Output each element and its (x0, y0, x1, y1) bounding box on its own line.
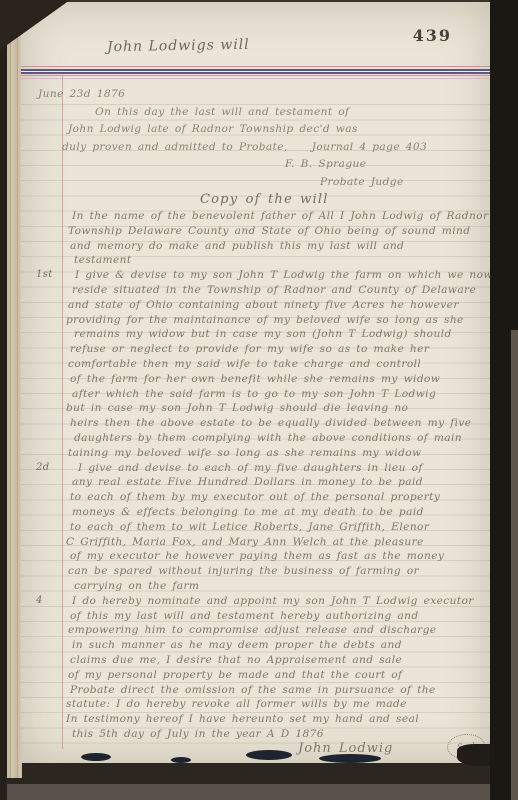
will-text: In the name of the benevolent father of … (30, 209, 485, 756)
will-line-text: I give and devise to each of my five dau… (78, 462, 423, 474)
will-line: after which the said farm is to go to my… (30, 387, 485, 402)
will-line: Probate direct the omission of the same … (30, 683, 485, 698)
page-number: 439 (413, 26, 452, 45)
will-heading: Copy of the will (30, 191, 482, 209)
book-cover-edge (511, 330, 518, 800)
book-left-edge (0, 0, 7, 800)
probate-judge-signature: F. B. Sprague (30, 156, 482, 174)
will-line: of this my last will and testament hereb… (30, 609, 485, 624)
page-header-title: John Lodwigs will (107, 37, 250, 55)
probate-note: June 23d 1876 On this day the last will … (30, 86, 482, 209)
will-line: any real estate Five Hundred Dollars in … (30, 475, 485, 490)
will-line: 2dI give and devise to each of my five d… (30, 461, 485, 476)
will-line: of the farm for her own benefit while sh… (30, 372, 485, 387)
will-line: of my personal property be made and that… (30, 668, 485, 683)
will-line: In testimony hereof I have hereunto set … (30, 712, 485, 727)
will-line: of my executor he however paying them as… (30, 549, 485, 564)
section-marker: 4 (36, 594, 43, 609)
will-line-text: I do hereby nominate and appoint my son … (72, 595, 474, 607)
will-line: Township Delaware County and State of Oh… (30, 224, 485, 239)
book-bottom-edge (0, 760, 518, 784)
will-line: to each of them by my executor out of th… (30, 490, 485, 505)
will-line: C Griffith, Maria Fox, and Mary Ann Welc… (30, 535, 485, 550)
section-marker: 1st (36, 268, 53, 283)
will-line: can be spared without injuring the busin… (30, 564, 485, 579)
will-line: and memory do make and publish this my l… (30, 239, 485, 254)
will-line: providing for the maintainance of my bel… (30, 313, 485, 328)
will-line-text: I give & devise to my son John T Lodwig … (75, 269, 493, 281)
probate-line-text: duly proven and admitted to Probate, (62, 141, 288, 153)
will-line: moneys & effects belonging to me at my d… (30, 505, 485, 520)
will-line: refuse or neglect to provide for my wife… (30, 342, 485, 357)
will-line: reside situated in the Township of Radno… (30, 283, 485, 298)
probate-judge-title: Probate Judge (30, 174, 482, 192)
will-line: In the name of the benevolent father of … (30, 209, 485, 224)
will-line: this 5th day of July in the year A D 187… (30, 727, 485, 742)
probate-line: John Lodwig late of Radnor Township dec'… (30, 121, 482, 139)
will-line: empowering him to compromise adjust rele… (30, 623, 485, 638)
will-line: and state of Ohio containing about ninet… (30, 298, 485, 313)
will-line: remains my widow but in case my son (Joh… (30, 327, 485, 342)
ledger-page-scan: 439 John Lodwigs will June 23d 1876 On t… (0, 0, 518, 800)
will-line: 1stI give & devise to my son John T Lodw… (30, 268, 485, 283)
page-edge-stain (171, 757, 191, 763)
journal-reference: Journal 4 page 403 (312, 141, 427, 153)
will-line: carrying on the farm (30, 579, 485, 594)
paper-page: 439 John Lodwigs will June 23d 1876 On t… (21, 2, 492, 763)
probate-line: On this day the last will and testament … (30, 104, 482, 122)
will-line: daughters by them complying with the abo… (30, 431, 485, 446)
header-divider-rule (21, 65, 492, 79)
will-line: but in case my son John T Lodwig should … (30, 401, 485, 416)
probate-line: duly proven and admitted to Probate,Jour… (30, 139, 482, 157)
will-line: claims due me, I desire that no Appraise… (30, 653, 485, 668)
will-line: comfortable then my said wife to take ch… (30, 357, 485, 372)
will-line: in such manner as he may deem proper the… (30, 638, 485, 653)
will-line: 4I do hereby nominate and appoint my son… (30, 594, 485, 609)
will-line: taining my beloved wife so long as she r… (30, 446, 485, 461)
page-edge-stain (81, 753, 111, 761)
probate-date: June 23d 1876 (30, 86, 482, 104)
stacked-page-edges (7, 2, 22, 778)
page-edge-stain (246, 750, 292, 760)
will-line: heirs then the above estate to be equall… (30, 416, 485, 431)
will-line: to each of them to wit Letice Roberts, J… (30, 520, 485, 535)
page-edge-stain (319, 754, 381, 763)
will-line: testament (30, 253, 485, 268)
section-marker: 2d (36, 461, 50, 476)
will-line: statute: I do hereby revoke all former w… (30, 697, 485, 712)
